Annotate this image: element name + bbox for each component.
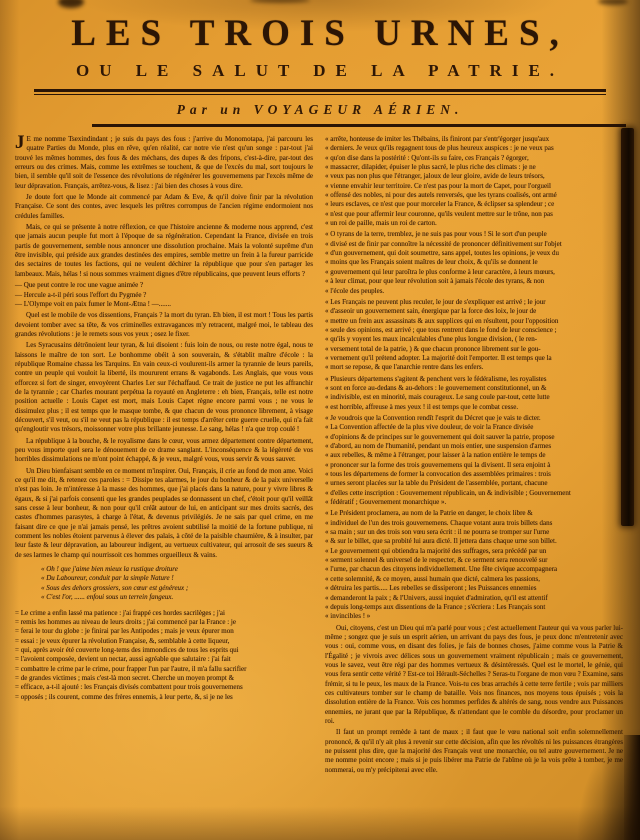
- paragraph: Il faut un prompt remède à tant de maux …: [325, 728, 623, 775]
- quoted-speech: « O tyrans de la terre, tremblez, je ne …: [325, 230, 623, 295]
- masthead: LES TROIS URNES, OU LE SALUT DE LA PATRI…: [0, 0, 640, 127]
- right-column: « arrête, honteuse de imiter les Thébain…: [325, 135, 623, 777]
- scan-corner-shadow: [624, 735, 640, 840]
- verse-quote: « Oh ! que j'aime bien mieux la rustique…: [41, 565, 313, 602]
- quoted-speech: « arrête, honteuse de imiter les Thébain…: [325, 135, 623, 228]
- paragraph: La république à la bouche, & le royalism…: [15, 437, 313, 465]
- body-columns: JE me nomme Tsexindindant ; je suis du p…: [0, 127, 640, 777]
- quoted-speech: « Plusieurs départemens s'agitent & penc…: [325, 375, 623, 412]
- byline-rule: [92, 124, 626, 127]
- quoted-speech: « Les Français ne peuvent plus reculer, …: [325, 298, 623, 373]
- paragraph: Je doute fort que le Monde ait commencé …: [15, 193, 313, 221]
- paragraph: Oui, citoyens, c'est un Dieu qui m'a par…: [325, 624, 623, 727]
- paragraph: Mais, ce qui se présente à notre réflexi…: [15, 223, 313, 279]
- quoted-speech: = Le crime a enfin lassé ma patience : j…: [15, 609, 313, 702]
- paragraph: JE me nomme Tsexindindant ; je suis du p…: [15, 135, 313, 191]
- quoted-speech: « Je voudrois que la Convention rendît l…: [325, 414, 623, 507]
- paragraph: Un Dieu bienfaisant semble en ce moment …: [15, 467, 313, 560]
- byline: Par un VOYAGEUR AÉRIEN.: [0, 102, 640, 118]
- scan-edge-bar: [621, 128, 634, 526]
- quoted-speech: « Le Président proclamera, au nom de la …: [325, 509, 623, 621]
- paragraph: Les Syracusains détrônoient leur tyran, …: [15, 341, 313, 434]
- title-rule: [34, 89, 606, 95]
- dialogue-lines: — Que peut contre le roc une vague animé…: [15, 281, 313, 309]
- pamphlet-title: LES TROIS URNES,: [0, 12, 640, 55]
- pamphlet-page: LES TROIS URNES, OU LE SALUT DE LA PATRI…: [0, 0, 640, 840]
- pamphlet-subtitle: OU LE SALUT DE LA PATRIE.: [0, 61, 640, 81]
- left-column: JE me nomme Tsexindindant ; je suis du p…: [15, 135, 313, 777]
- paragraph: Quel est le mobile de vos dissentions, F…: [15, 311, 313, 339]
